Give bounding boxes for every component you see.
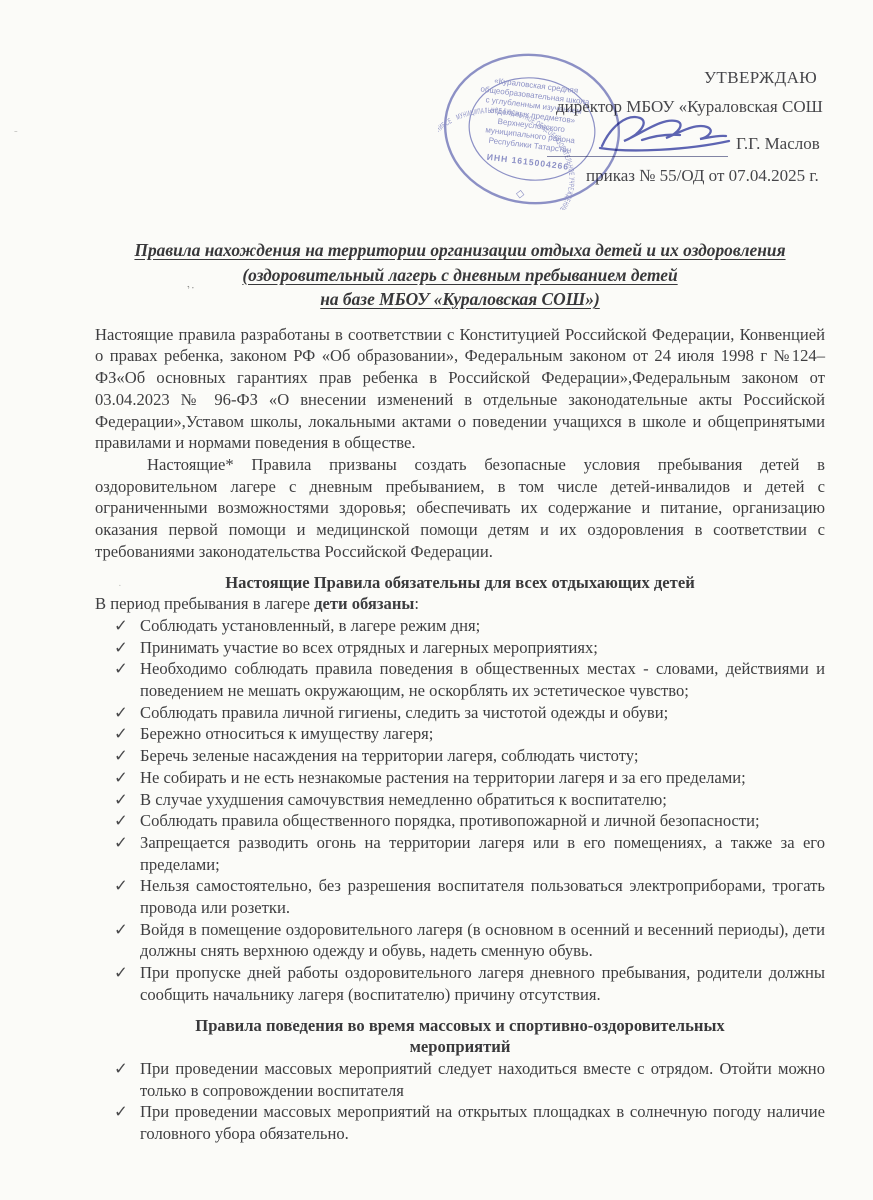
scan-speck: · [118,581,122,592]
list-item-text: В случае ухудшения самочувствия немедлен… [140,790,667,809]
list-item: ✓ Необходимо соблюдать правила поведения… [95,658,825,701]
list-item: ✓ Не собирать и не есть незнакомые расте… [95,767,825,789]
list-item: ✓ Войдя в помещение оздоровительного лаг… [95,919,825,962]
list-item-text: При проведении массовых мероприятий на о… [140,1102,825,1143]
list-item: ✓ При пропуске дней работы оздоровительн… [95,962,825,1005]
paragraph-legal-basis: Настоящие правила разработаны в соответс… [95,324,825,454]
stamp-center-text: «Кураловская средняя общеобразовательная… [474,75,593,157]
list-item: ✓ Запрещается разводить огонь на террито… [95,832,825,875]
list-item-text: Запрещается разводить огонь на территори… [140,833,825,874]
title-line: (оздоровительный лагерь с дневным пребыв… [242,265,677,285]
paragraph-purpose: Настоящие* Правила призваны создать безо… [95,454,825,563]
rules-list: ✓ Соблюдать установленный, в лагере режи… [95,615,825,1006]
list-item: ✓ Беречь зеленые насаждения на территори… [95,745,825,767]
official-stamp-icon: МУНИЦИПАЛЬНОЕ БЮДЖЕТНОЕ ОБЩЕОБРАЗОВАТЕЛЬ… [438,50,626,210]
list-item: ✓ При проведении массовых мероприятий сл… [95,1058,825,1101]
list-item-text: Соблюдать правила личной гигиены, следит… [140,703,668,722]
list-item-text: Необходимо соблюдать правила поведения в… [140,659,825,700]
document-body: Правила нахождения на территории организ… [95,238,825,1145]
list-item-text: Бережно относиться к имуществу лагеря; [140,724,433,743]
director-name: Г.Г. Маслов [736,134,820,154]
list-item: ✓ В случае ухудшения самочувствия немедл… [95,789,825,811]
stamp-diamond-icon: ◇ [515,188,525,201]
check-icon: ✓ [114,723,128,745]
list-item-text: Не собирать и не есть незнакомые растени… [140,768,746,787]
mass-events-rules-list: ✓ При проведении массовых мероприятий сл… [95,1058,825,1145]
list-item: ✓ Бережно относиться к имуществу лагеря; [95,723,825,745]
list-item-text: Соблюдать установленный, в лагере режим … [140,616,480,635]
title-line: на базе МБОУ «Кураловская СОШ») [320,289,600,309]
check-icon: ✓ [114,637,128,659]
list-item-text: При пропуске дней работы оздоровительног… [140,963,825,1004]
list-item: ✓ Соблюдать установленный, в лагере режи… [95,615,825,637]
check-icon: ✓ [114,658,128,680]
list-item: ✓ При проведении массовых мероприятий на… [95,1101,825,1144]
section2-heading: Правила поведения во время массовых и сп… [95,1015,825,1058]
list-item: ✓ Нельзя самостоятельно, без разрешения … [95,875,825,918]
check-icon: ✓ [114,962,128,984]
approval-label: УТВЕРЖДАЮ [704,68,817,88]
check-icon: ✓ [114,702,128,724]
document-title: Правила нахождения на территории организ… [95,238,825,312]
section2-heading-line: мероприятий [95,1036,825,1058]
scan-speck: ‐ [14,126,18,137]
list-item-text: Принимать участие во всех отрядных и лаг… [140,638,598,657]
list-item-text: При проведении массовых мероприятий след… [140,1059,825,1100]
section1-intro: В период пребывания в лагере дети обязан… [95,593,825,615]
section2-heading-line: Правила поведения во время массовых и сп… [95,1015,825,1037]
list-item-text: Войдя в помещение оздоровительного лагер… [140,920,825,961]
check-icon: ✓ [114,789,128,811]
check-icon: ✓ [114,832,128,854]
list-item-text: Беречь зеленые насаждения на территории … [140,746,638,765]
check-icon: ✓ [114,1101,128,1123]
list-item: ✓ Соблюдать правила личной гигиены, след… [95,702,825,724]
stamp-inn: ИНН 1615004266 [486,152,569,172]
check-icon: ✓ [114,810,128,832]
check-icon: ✓ [114,745,128,767]
list-item: ✓ Соблюдать правила общественного порядк… [95,810,825,832]
scan-speck: · [290,1018,294,1029]
title-line: Правила нахождения на территории организ… [134,240,785,260]
check-icon: ✓ [114,919,128,941]
check-icon: ✓ [114,615,128,637]
section1-heading: Настоящие Правила обязательны для всех о… [95,572,825,594]
list-item: ✓ Принимать участие во всех отрядных и л… [95,637,825,659]
check-icon: ✓ [114,1058,128,1080]
document-page: УТВЕРЖДАЮ директор МБОУ «Кураловская СОШ… [0,0,873,1200]
check-icon: ✓ [114,875,128,897]
list-item-text: Соблюдать правила общественного порядка,… [140,811,760,830]
list-item-text: Нельзя самостоятельно, без разрешения во… [140,876,825,917]
check-icon: ✓ [114,767,128,789]
